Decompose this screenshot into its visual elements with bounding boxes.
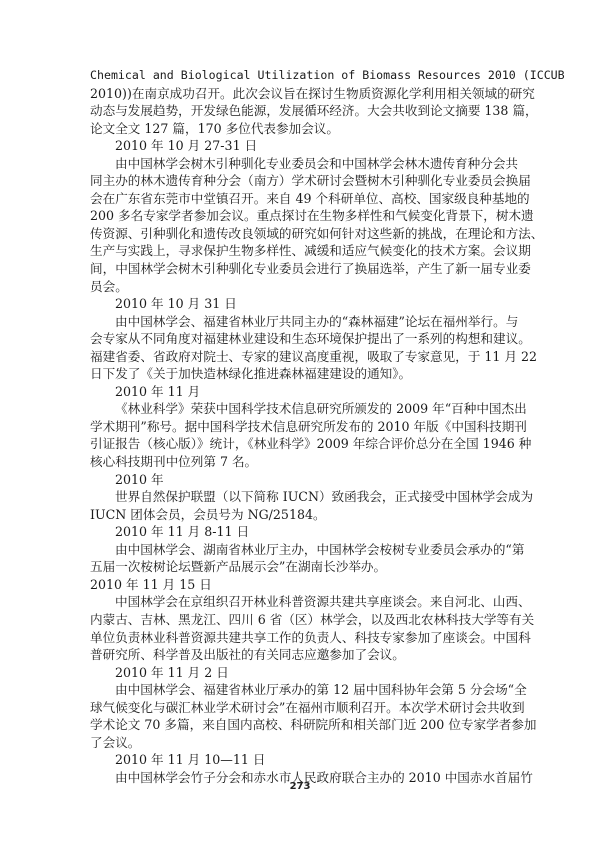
text-line: 内蒙古、吉林、黑龙江、四川 6 省（区）林学会，以及西北农林科技大学等有关 [90, 611, 512, 629]
text-line: 间，中国林学会树木引种驯化专业委员会进行了换届选举，产生了新一届专业委 [90, 260, 512, 278]
text-line: 200 多名专家学者参加会议。重点探讨在生物多样性和气候变化背景下，树木遗 [90, 207, 512, 225]
text-line: IUCN 团体会员，会员号为 NG/25184。 [90, 506, 512, 524]
text-line: 学术论文 70 多篇，来自国内高校、科研院所和相关部门近 200 位专家学者参加 [90, 716, 512, 734]
text-line: 生产与实践上，寻求保护生物多样性、减缓和适应气候变化的技术方案。会议期 [90, 242, 512, 260]
date-heading: 2010 年 10 月 31 日 [90, 295, 512, 313]
date-heading: 2010 年 11 月 2 日 [90, 664, 512, 682]
date-heading: 2010 年 11 月 [90, 383, 512, 401]
text-line: 普研究所、科学普及出版社的有关同志应邀参加了会议。 [90, 646, 512, 664]
text-line: 会在广东省东莞市中堂镇召开。来自 49 个科研单位、高校、国家级良种基地的 [90, 190, 512, 208]
text-line: 福建省委、省政府对院士、专家的建议高度重视，吸取了专家意见，于 11 月 22 [90, 348, 512, 366]
page-number: 273 [0, 781, 600, 792]
date-heading: 2010 年 10 月 27-31 日 [90, 137, 512, 155]
text-line: 世界自然保护联盟（以下简称 IUCN）致函我会，正式接受中国林学会成为 [90, 488, 512, 506]
text-line: 由中国林学会、湖南省林业厅主办，中国林学会桉树专业委员会承办的“第 [90, 541, 512, 559]
text-line: 核心科技期刊中位列第 7 名。 [90, 453, 512, 471]
text-line: 由中国林学会、福建省林业厅承办的第 12 届中国科协年会第 5 分会场“全 [90, 681, 512, 699]
text-line: 同主办的林木遗传育种分会（南方）学术研讨会暨树木引种驯化专业委员会换届 [90, 172, 512, 190]
document-body: Chemical and Biological Utilization of B… [90, 67, 512, 786]
text-line: 论文全文 127 篇，170 多位代表参加会议。 [90, 120, 512, 138]
text-line: 由中国林学会树木引种驯化专业委员会和中国林学会林木遗传育种分会共 [90, 155, 512, 173]
text-line: 员会。 [90, 278, 512, 296]
text-line: 单位负责林业科普资源共建共享工作的负责人、科技专家参加了座谈会。中国科 [90, 629, 512, 647]
text-line: 球气候变化与碳汇林业学术研讨会”在福州市顺利召开。本次学术研讨会共收到 [90, 699, 512, 717]
text-line: 学术期刊”称号。据中国科学技术信息研究所发布的 2010 年版《中国科技期刊 [90, 418, 512, 436]
text-line: 由中国林学会、福建省林业厅共同主办的“森林福建”论坛在福州举行。与 [90, 313, 512, 331]
text-line: 中国林学会在京组织召开林业科普资源共建共享座谈会。来自河北、山西、 [90, 593, 512, 611]
text-line: 引证报告（核心版）》统计，《林业科学》2009 年综合评价总分在全国 1946 … [90, 435, 512, 453]
text-line: 2010))在南京成功召开。此次会议旨在探讨生物质资源化学利用相关领域的研究 [90, 85, 512, 103]
text-line: 五届一次桉树论坛暨新产品展示会”在湖南长沙举办。 [90, 558, 512, 576]
text-line: Chemical and Biological Utilization of B… [90, 67, 512, 85]
text-line: 会专家从不同角度对福建林业建设和生态环境保护提出了一系列的构想和建议。 [90, 330, 512, 348]
date-heading: 2010 年 11 月 8-11 日 [90, 523, 512, 541]
text-line: 《林业科学》荣获中国科学技术信息研究所颁发的 2009 年“百种中国杰出 [90, 400, 512, 418]
text-line: 动态与发展趋势，开发绿色能源，发展循环经济。大会共收到论文摘要 138 篇， [90, 102, 512, 120]
date-heading: 2010 年 [90, 471, 512, 489]
text-line: 传资源、引种驯化和遗传改良领域的研究如何针对这些新的挑战，在理论和方法、 [90, 225, 512, 243]
text-line: 2010 年 11 月 15 日 [90, 576, 512, 594]
text-line: 了会议。 [90, 734, 512, 752]
text-line: 日下发了《关于加快造林绿化推进森林福建建设的通知》。 [90, 365, 512, 383]
date-heading: 2010 年 11 月 10—11 日 [90, 751, 512, 769]
